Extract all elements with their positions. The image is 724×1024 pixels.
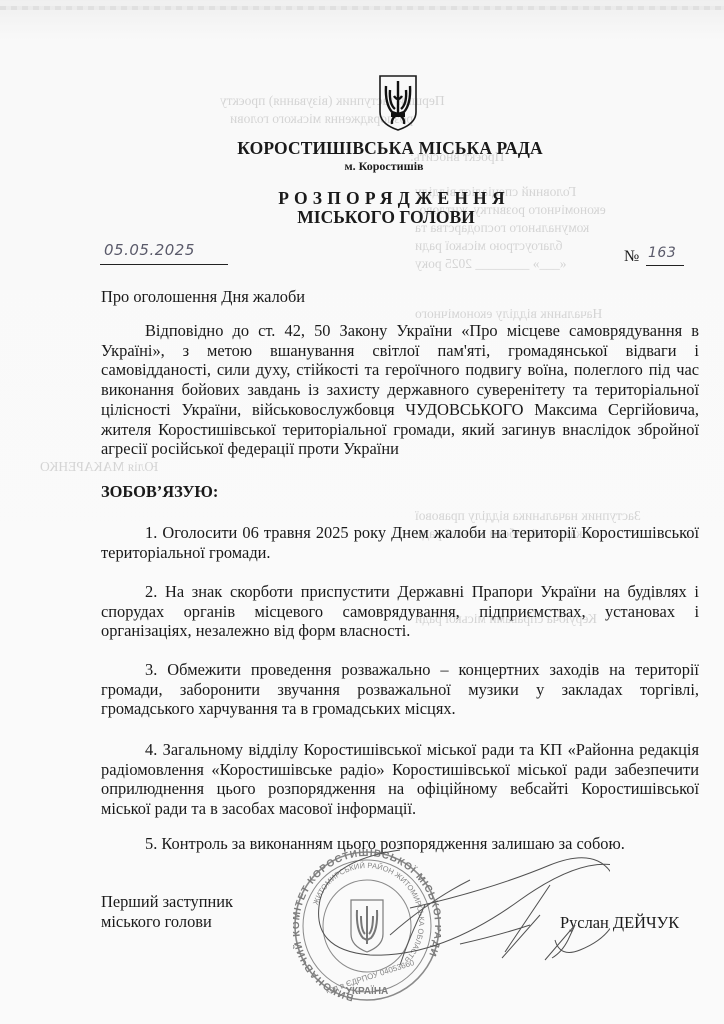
bleed-through-text: Юлія МАКАРЕНКО	[40, 458, 158, 476]
trident-coat-of-arms-icon	[378, 74, 418, 132]
signatory-position-line-2: міського голови	[101, 912, 233, 932]
handwritten-signature	[290, 840, 610, 1010]
document-page: Перший заступник (візування) проєкту роз…	[0, 0, 724, 1024]
document-subtitle: МІСЬКОГО ГОЛОВИ	[0, 207, 724, 228]
bleed-through-text: «___» ________ 2025 року	[415, 255, 567, 273]
order-item-3: 3. Обмежити проведення розважально – кон…	[101, 660, 699, 719]
order-item-1: 1. Оголосити 06 травня 2025 року Днем жа…	[101, 523, 699, 562]
preamble-paragraph: Відповідно до ст. 42, 50 Закону України …	[101, 321, 699, 459]
document-date: 05.05.2025	[104, 241, 195, 259]
organization-name: КОРОСТИШІВСЬКА МІСЬКА РАДА	[0, 138, 724, 159]
document-type: РОЗПОРЯДЖЕННЯ	[0, 188, 724, 209]
number-label: №	[624, 248, 639, 266]
city-name: м. Коростишів	[0, 159, 724, 174]
document-number: 163	[648, 245, 676, 261]
scan-edge-artifact	[0, 6, 724, 10]
document-subject: Про оголошення Дня жалоби	[101, 287, 305, 307]
bleed-through-text: благоустрою міської ради	[415, 237, 563, 255]
order-item-4: 4. Загальному відділу Коростишівської мі…	[101, 740, 699, 819]
order-item-2: 2. На знак скорботи приспустити Державні…	[101, 582, 699, 641]
signatory-position: Перший заступник міського голови	[101, 892, 233, 932]
obligation-heading: ЗОБОВ’ЯЗУЮ:	[101, 482, 218, 502]
signatory-position-line-1: Перший заступник	[101, 892, 233, 912]
